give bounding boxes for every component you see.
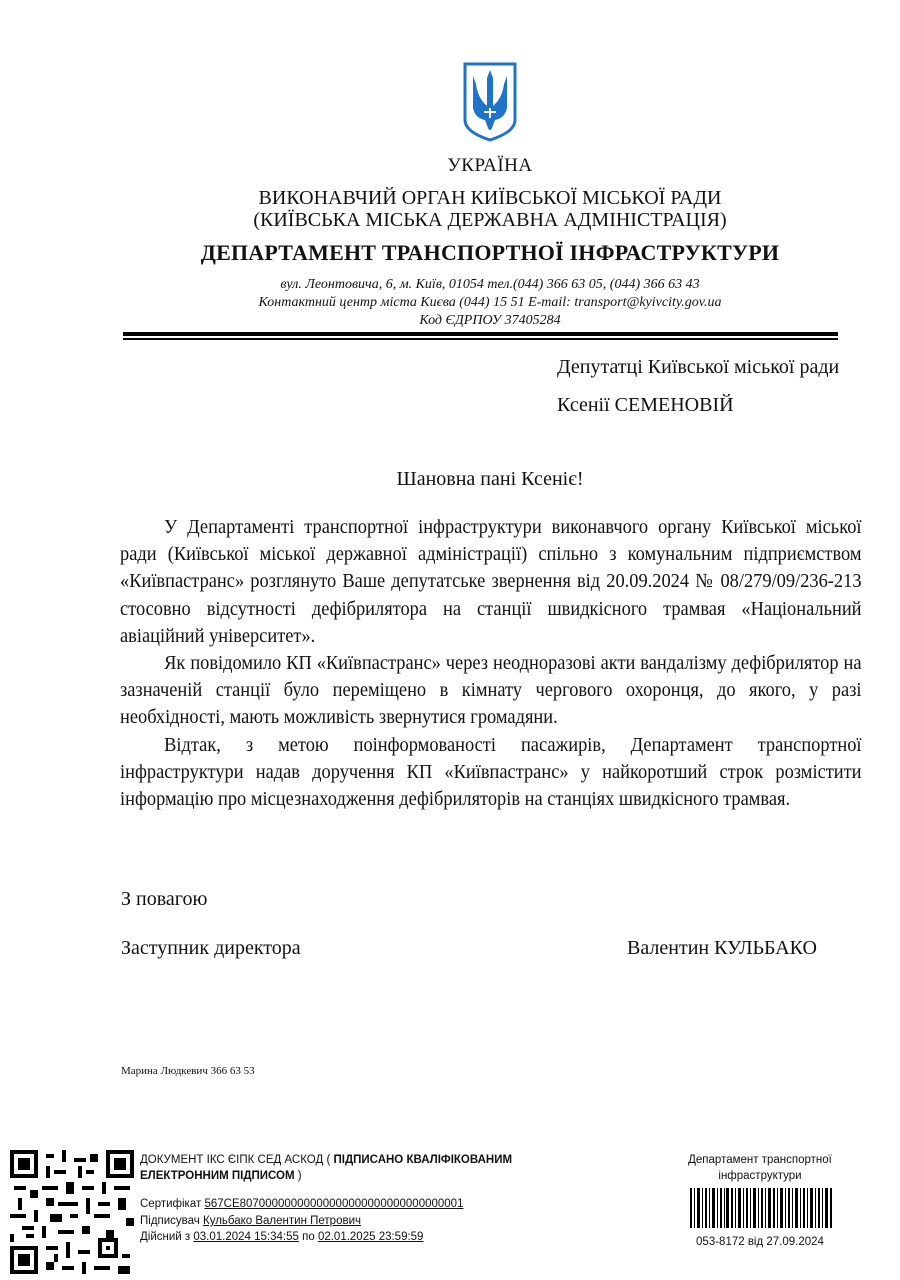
certificate-id: 567CE80700000000000000000000000000000001	[204, 1198, 463, 1210]
country-name: УКРАЇНА	[0, 155, 900, 177]
address-line: вул. Леонтовича, 6, м. Київ, 01054 тел.(…	[0, 277, 900, 293]
registration-department: Департамент транспортної інфраструктури	[660, 1152, 860, 1184]
qr-code-icon	[10, 1150, 134, 1274]
department-title: ДЕПАРТАМЕНТ ТРАНСПОРТНОЇ ІНФРАСТРУКТУРИ	[0, 240, 900, 266]
signer-position: Заступник директора	[121, 937, 301, 960]
header-rule-thick	[123, 332, 838, 336]
body-paragraph: Відтак, з метою поінформованості пасажир…	[120, 732, 862, 814]
esign-title: ДОКУМЕНТ ІКС ЄІПК СЕД АСКОД ( ПІДПИСАНО …	[140, 1152, 512, 1168]
org-name-line2: (КИЇВСЬКА МІСЬКА ДЕРЖАВНА АДМІНІСТРАЦІЯ)	[0, 209, 900, 232]
contact-center-line: Контактний центр міста Києва (044) 15 51…	[0, 295, 900, 311]
body-paragraph: У Департаменті транспортної інфраструкту…	[120, 514, 862, 650]
esign-title-cont: ЕЛЕКТРОННИМ ПІДПИСОМ )	[140, 1168, 302, 1184]
esign-validity: Дійсний з 03.01.2024 15:34:55 по 02.01.2…	[140, 1229, 423, 1245]
recipient-title: Депутатці Київської міської ради	[557, 356, 839, 379]
signer-name: Валентин КУЛЬБАКО	[627, 937, 817, 960]
edrpou-line: Код ЄДРПОУ 37405284	[0, 313, 900, 329]
header-rule-thin	[123, 338, 838, 340]
esign-certificate: Сертифікат 567CE807000000000000000000000…	[140, 1196, 463, 1212]
signer-full-name: Кульбако Валентин Петрович	[203, 1215, 361, 1227]
barcode-icon	[690, 1188, 832, 1228]
registration-number: 053-8172 від 27.09.2024	[660, 1236, 860, 1248]
closing: З повагою	[121, 888, 207, 911]
greeting: Шановна пані Ксеніє!	[0, 468, 900, 491]
esign-signer: Підписувач Кульбако Валентин Петрович	[140, 1213, 361, 1229]
letter-body: У Департаменті транспортної інфраструкту…	[120, 514, 862, 813]
body-paragraph: Як повідомило КП «Київпастранс» через не…	[120, 650, 862, 732]
coat-of-arms-icon	[463, 62, 517, 142]
org-name-line1: ВИКОНАВЧИЙ ОРГАН КИЇВСЬКОЇ МІСЬКОЇ РАДИ	[0, 187, 900, 210]
executor-contact: Марина Людкевич 366 63 53	[121, 1065, 255, 1077]
recipient-name: Ксенії СЕМЕНОВІЙ	[557, 394, 734, 417]
